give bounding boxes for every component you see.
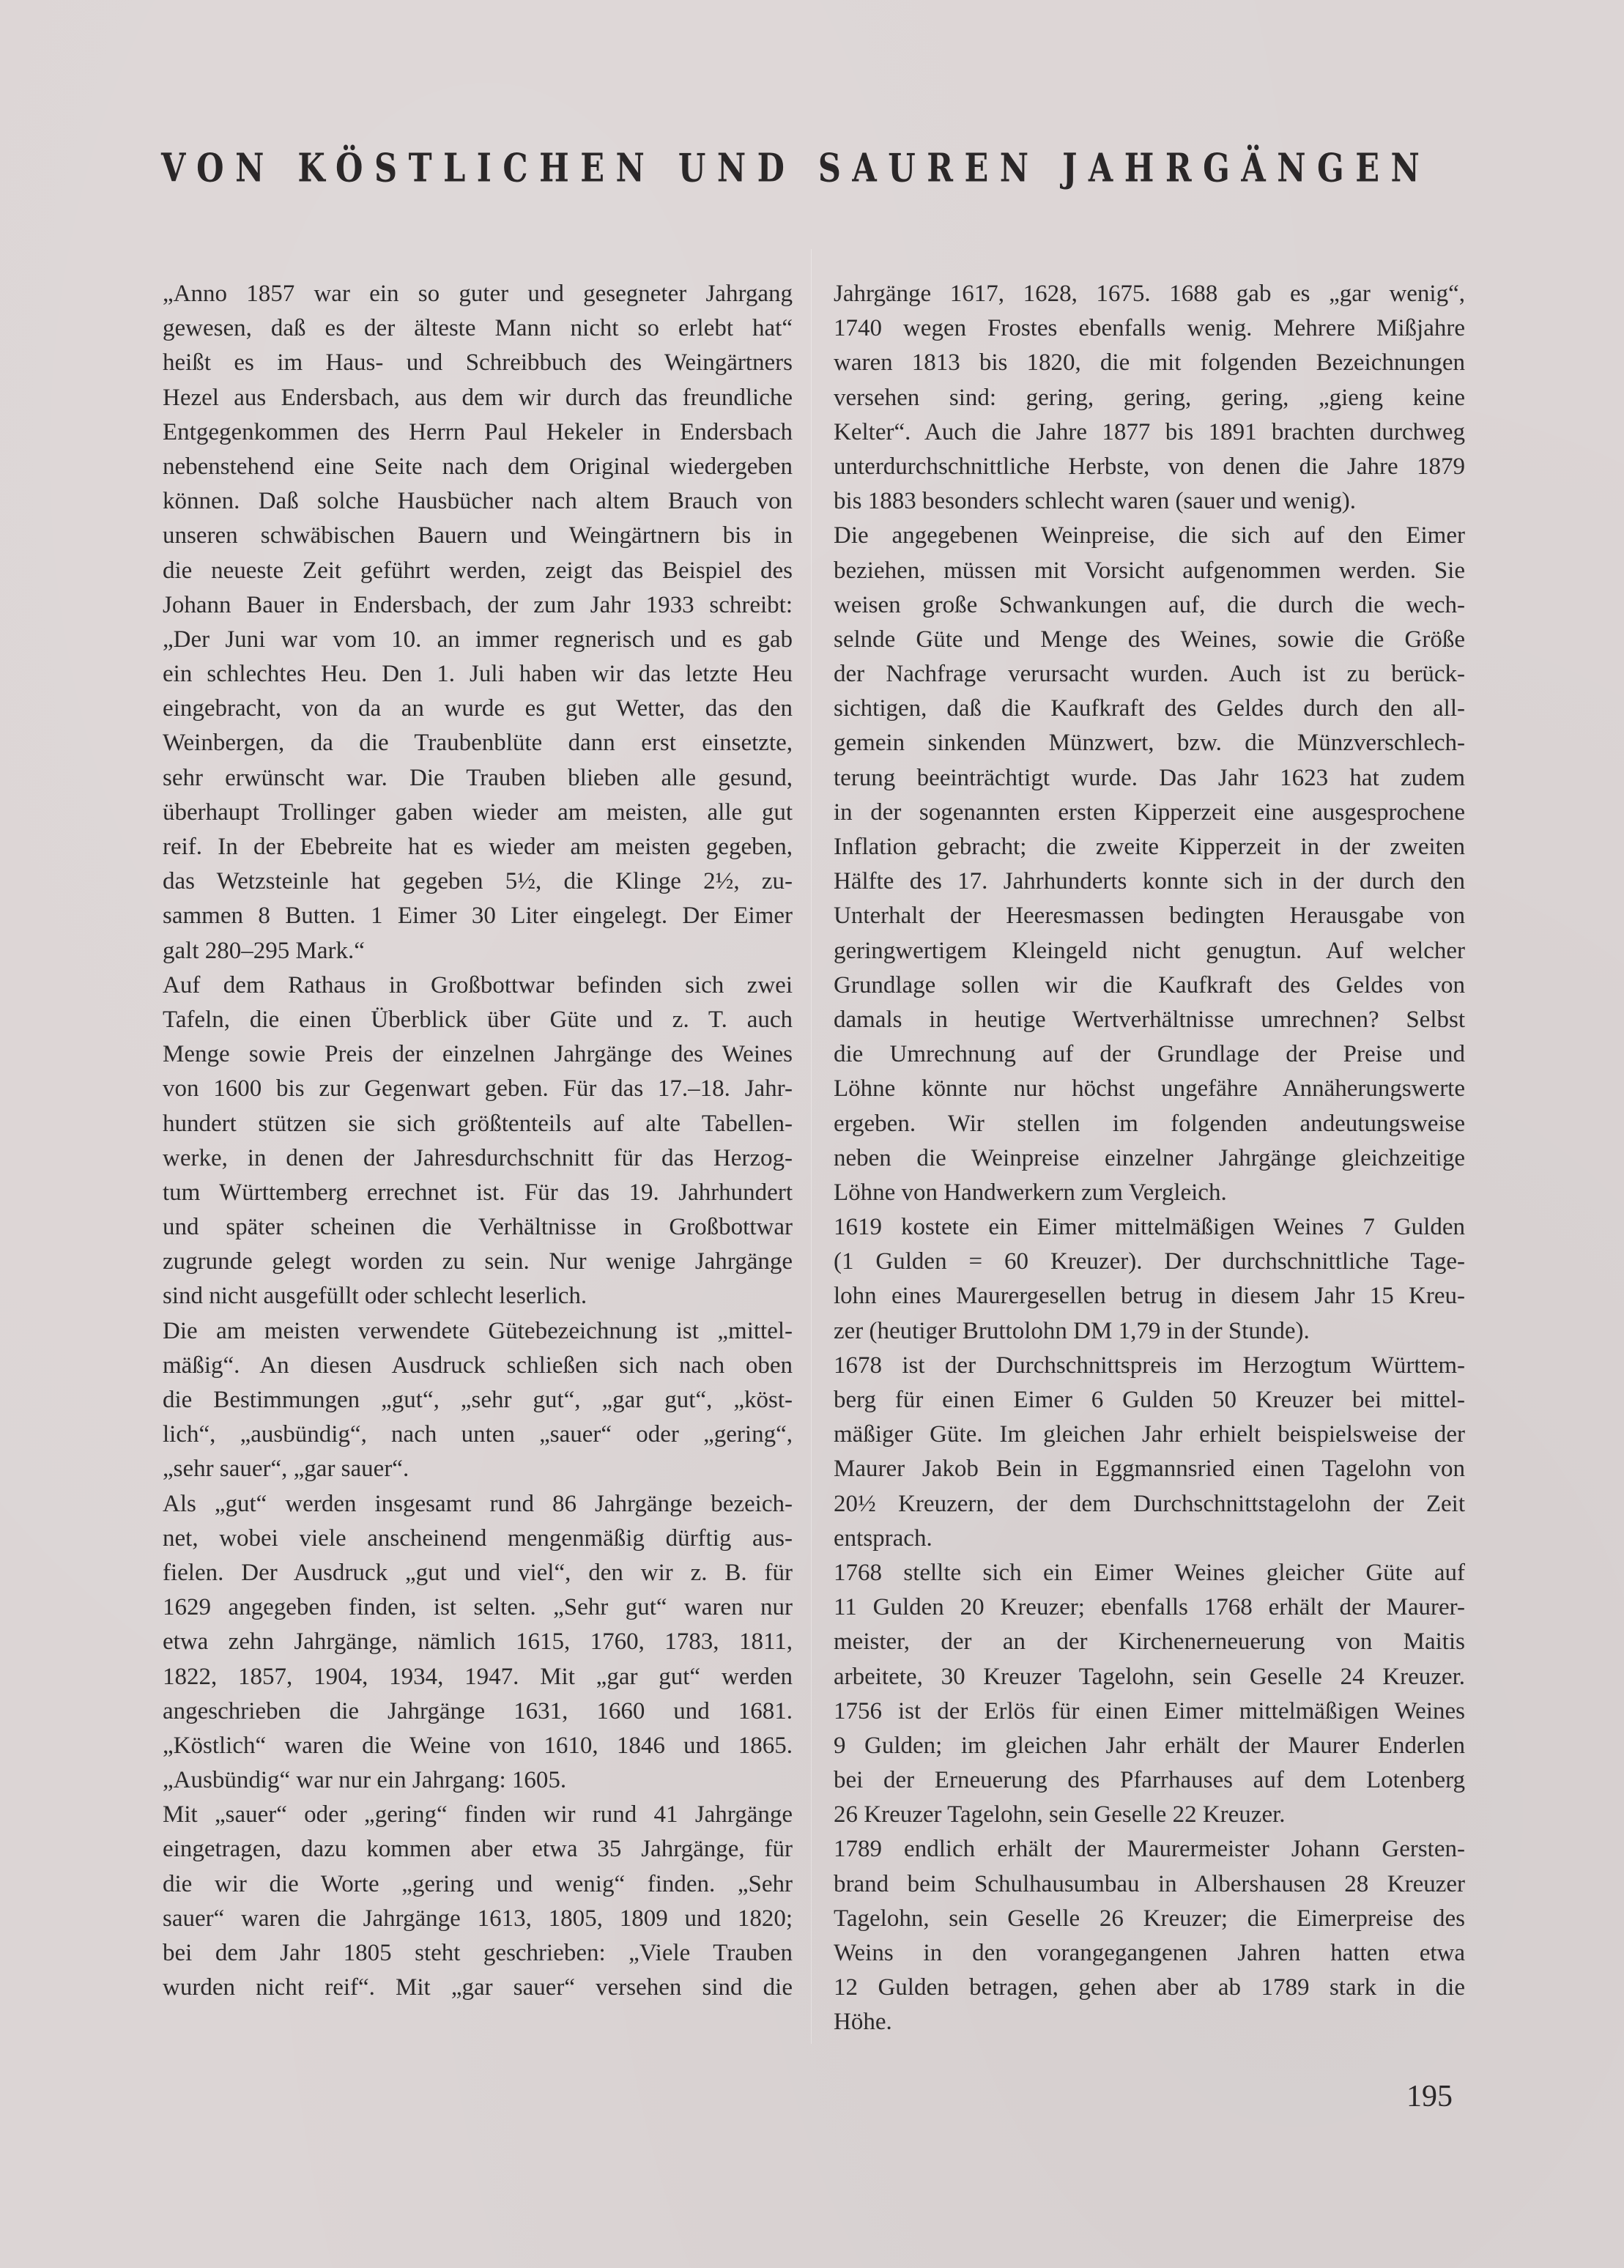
text-line: Kelter“. Auch die Jahre 1877 bis 1891 br… — [834, 415, 1465, 450]
text-line: (1 Gulden = 60 Kreuzer). Der durchschnit… — [834, 1245, 1465, 1279]
text-line: heißt es im Haus- und Schreibbuch des We… — [163, 346, 793, 380]
text-line: überhaupt Trollinger gaben wieder am mei… — [163, 796, 793, 830]
text-line: Jahrgänge 1617, 1628, 1675. 1688 gab es … — [834, 277, 1465, 311]
text-line: mäßig“. An diesen Ausdruck schließen sic… — [163, 1349, 793, 1383]
text-line: arbeitete, 30 Kreuzer Tagelohn, sein Ges… — [834, 1660, 1465, 1694]
text-line: beziehen, müssen mit Vorsicht aufgenomme… — [834, 554, 1465, 588]
text-line: waren 1813 bis 1820, die mit folgenden B… — [834, 346, 1465, 380]
text-line: „Anno 1857 war ein so guter und gesegnet… — [163, 277, 793, 311]
text-line: sammen 8 Butten. 1 Eimer 30 Liter eingel… — [163, 899, 793, 933]
text-line: wurden nicht reif“. Mit „gar sauer“ vers… — [163, 1971, 793, 2005]
text-line: sauer“ waren die Jahrgänge 1613, 1805, 1… — [163, 1902, 793, 1936]
text-line: Inflation gebracht; die zweite Kipperzei… — [834, 830, 1465, 864]
text-line: Tafeln, die einen Überblick über Güte un… — [163, 1003, 793, 1037]
text-line: die neueste Zeit geführt werden, zeigt d… — [163, 554, 793, 588]
text-line: der Nachfrage verursacht wurden. Auch is… — [834, 657, 1465, 692]
page: VON KÖSTLICHEN UND SAUREN JAHRGÄNGEN „An… — [0, 0, 1624, 2268]
text-line: Johann Bauer in Endersbach, der zum Jahr… — [163, 588, 793, 623]
text-line: 12 Gulden betragen, gehen aber ab 1789 s… — [834, 1971, 1465, 2005]
text-line: versehen sind: gering, gering, gering, „… — [834, 381, 1465, 415]
text-line: bei der Erneuerung des Pfarrhauses auf d… — [834, 1763, 1465, 1798]
text-column-right: Jahrgänge 1617, 1628, 1675. 1688 gab es … — [834, 277, 1465, 2040]
text-line: weisen große Schwankungen auf, die durch… — [834, 588, 1465, 623]
text-line: 20½ Kreuzern, der dem Durchschnittstagel… — [834, 1487, 1465, 1522]
text-line: unterdurchschnittliche Herbste, von dene… — [834, 450, 1465, 484]
text-line: 9 Gulden; im gleichen Jahr erhält der Ma… — [834, 1729, 1465, 1763]
text-line: galt 280–295 Mark.“ — [163, 934, 793, 968]
text-line: fielen. Der Ausdruck „gut und viel“, den… — [163, 1556, 793, 1590]
text-line: 1768 stellte sich ein Eimer Weines gleic… — [834, 1556, 1465, 1590]
text-line: Mit „sauer“ oder „gering“ finden wir run… — [163, 1798, 793, 1832]
text-line: geringwertigem Kleingeld nicht genugtun.… — [834, 934, 1465, 968]
text-line: Weinbergen, da die Traubenblüte dann ers… — [163, 726, 793, 760]
text-line: tum Württemberg errechnet ist. Für das 1… — [163, 1176, 793, 1210]
text-line: Tagelohn, sein Geselle 26 Kreuzer; die E… — [834, 1902, 1465, 1936]
text-line: meister, der an der Kirchenerneuerung vo… — [834, 1625, 1465, 1659]
text-line: angeschrieben die Jahrgänge 1631, 1660 u… — [163, 1694, 793, 1729]
text-line: von 1600 bis zur Gegenwart geben. Für da… — [163, 1072, 793, 1106]
text-line: Menge sowie Preis der einzelnen Jahrgäng… — [163, 1037, 793, 1072]
text-line: Hezel aus Endersbach, aus dem wir durch … — [163, 381, 793, 415]
text-line: sehr erwünscht war. Die Trauben blieben … — [163, 761, 793, 796]
text-line: lich“, „ausbündig“, nach unten „sauer“ o… — [163, 1417, 793, 1452]
text-line: berg für einen Eimer 6 Gulden 50 Kreuzer… — [834, 1383, 1465, 1417]
text-line: zugrunde gelegt worden zu sein. Nur weni… — [163, 1245, 793, 1279]
text-line: Hälfte des 17. Jahrhunderts konnte sich … — [834, 864, 1465, 899]
text-line: Löhne von Handwerkern zum Vergleich. — [834, 1176, 1465, 1210]
text-line: 1740 wegen Frostes ebenfalls wenig. Mehr… — [834, 311, 1465, 346]
text-line: entsprach. — [834, 1522, 1465, 1556]
text-line: bis 1883 besonders schlecht waren (sauer… — [834, 484, 1465, 519]
text-line: neben die Weinpreise einzelner Jahrgänge… — [834, 1141, 1465, 1176]
text-line: 26 Kreuzer Tagelohn, sein Geselle 22 Kre… — [834, 1798, 1465, 1832]
text-line: net, wobei viele anscheinend mengenmäßig… — [163, 1522, 793, 1556]
text-line: Grundlage sollen wir die Kaufkraft des G… — [834, 968, 1465, 1003]
text-line: 1789 endlich erhält der Maurermeister Jo… — [834, 1832, 1465, 1867]
text-line: das Wetzsteinle hat gegeben 5½, die Klin… — [163, 864, 793, 899]
text-line: Entgegenkommen des Herrn Paul Hekeler in… — [163, 415, 793, 450]
text-line: gemein sinkenden Münzwert, bzw. die Münz… — [834, 726, 1465, 760]
text-line: bei dem Jahr 1805 steht geschrieben: „Vi… — [163, 1936, 793, 1971]
text-line: die Bestimmungen „gut“, „sehr gut“, „gar… — [163, 1383, 793, 1417]
text-line: Höhe. — [834, 2005, 1465, 2039]
text-line: Die angegebenen Weinpreise, die sich auf… — [834, 519, 1465, 553]
text-line: Löhne könnte nur höchst ungefähre Annähe… — [834, 1072, 1465, 1106]
text-line: Maurer Jakob Bein in Eggmannsried einen … — [834, 1452, 1465, 1486]
text-line: Auf dem Rathaus in Großbottwar befinden … — [163, 968, 793, 1003]
text-line: „sehr sauer“, „gar sauer“. — [163, 1452, 793, 1486]
text-line: terung beeinträchtigt wurde. Das Jahr 16… — [834, 761, 1465, 796]
text-line: 1756 ist der Erlös für einen Eimer mitte… — [834, 1694, 1465, 1729]
text-line: lohn eines Maurergesellen betrug in dies… — [834, 1279, 1465, 1313]
text-line: die wir die Worte „gering und wenig“ fin… — [163, 1867, 793, 1902]
text-line: gewesen, daß es der älteste Mann nicht s… — [163, 311, 793, 346]
text-line: ein schlechtes Heu. Den 1. Juli haben wi… — [163, 657, 793, 692]
text-line: reif. In der Ebebreite hat es wieder am … — [163, 830, 793, 864]
text-line: 1678 ist der Durchschnittspreis im Herzo… — [834, 1349, 1465, 1383]
text-line: „Ausbündig“ war nur ein Jahrgang: 1605. — [163, 1763, 793, 1798]
text-line: 11 Gulden 20 Kreuzer; ebenfalls 1768 erh… — [834, 1590, 1465, 1625]
page-fold-line — [811, 249, 812, 2044]
text-line: 1619 kostete ein Eimer mittelmäßigen Wei… — [834, 1210, 1465, 1245]
text-line: Unterhalt der Heeresmassen bedingten Her… — [834, 899, 1465, 933]
text-line: „Der Juni war vom 10. an immer regnerisc… — [163, 623, 793, 657]
text-line: eingetragen, dazu kommen aber etwa 35 Ja… — [163, 1832, 793, 1867]
text-line: 1629 angegeben finden, ist selten. „Sehr… — [163, 1590, 793, 1625]
text-line: 1822, 1857, 1904, 1934, 1947. Mit „gar g… — [163, 1660, 793, 1694]
text-line: Die am meisten verwendete Gütebezeichnun… — [163, 1314, 793, 1349]
text-line: werke, in denen der Jahresdurchschnitt f… — [163, 1141, 793, 1176]
text-line: hundert stützen sie sich größtenteils au… — [163, 1107, 793, 1141]
text-column-left: „Anno 1857 war ein so guter und gesegnet… — [163, 277, 793, 2005]
text-line: brand beim Schulhausumbau in Albershause… — [834, 1867, 1465, 1902]
text-line: die Umrechnung auf der Grundlage der Pre… — [834, 1037, 1465, 1072]
text-line: ergeben. Wir stellen im folgenden andeut… — [834, 1107, 1465, 1141]
text-line: nebenstehend eine Seite nach dem Origina… — [163, 450, 793, 484]
text-line: in der sogenannten ersten Kipperzeit ein… — [834, 796, 1465, 830]
text-line: etwa zehn Jahrgänge, nämlich 1615, 1760,… — [163, 1625, 793, 1659]
page-title: VON KÖSTLICHEN UND SAUREN JAHRGÄNGEN — [161, 147, 1469, 190]
page-number: 195 — [1406, 2079, 1453, 2114]
text-line: Weins in den vorangegangenen Jahren hatt… — [834, 1936, 1465, 1971]
text-line: damals in heutige Wertverhältnisse umrec… — [834, 1003, 1465, 1037]
text-line: sichtigen, daß die Kaufkraft des Geldes … — [834, 692, 1465, 726]
text-line: selnde Güte und Menge des Weines, sowie … — [834, 623, 1465, 657]
text-line: und später scheinen die Verhältnisse in … — [163, 1210, 793, 1245]
text-line: Als „gut“ werden insgesamt rund 86 Jahrg… — [163, 1487, 793, 1522]
text-line: zer (heutiger Bruttolohn DM 1,79 in der … — [834, 1314, 1465, 1349]
text-line: eingebracht, von da an wurde es gut Wett… — [163, 692, 793, 726]
text-line: sind nicht ausgefüllt oder schlecht lese… — [163, 1279, 793, 1313]
text-line: unseren schwäbischen Bauern und Weingärt… — [163, 519, 793, 553]
text-line: mäßiger Güte. Im gleichen Jahr erhielt b… — [834, 1417, 1465, 1452]
text-line: können. Daß solche Hausbücher nach altem… — [163, 484, 793, 519]
text-line: „Köstlich“ waren die Weine von 1610, 184… — [163, 1729, 793, 1763]
